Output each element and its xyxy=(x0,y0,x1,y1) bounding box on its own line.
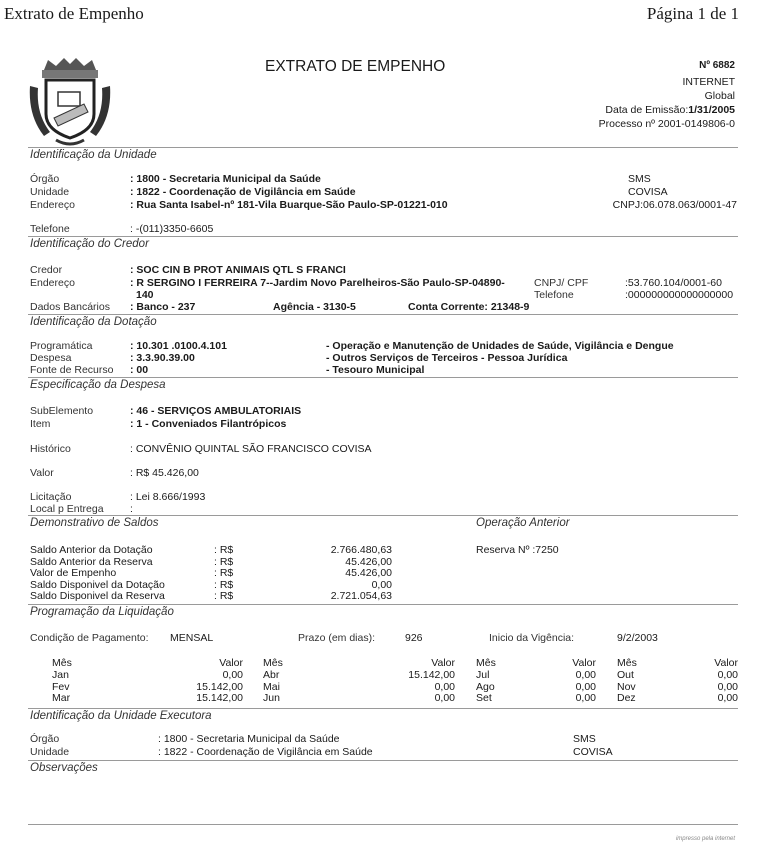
valor-header: Valor xyxy=(153,657,243,669)
saldo-value: 45.426,00 xyxy=(300,567,392,579)
month-name: Fev xyxy=(52,681,70,693)
month-value: 0,00 xyxy=(648,669,738,681)
inicio-label: Inicio da Vigência: xyxy=(489,632,574,644)
section-executora: Identificação da Unidade Executora xyxy=(30,710,212,722)
process-number: Processo nº 2001-0149806-0 xyxy=(599,118,735,130)
emission-date-label: Data de Emissão: xyxy=(605,104,688,116)
valor-header: Valor xyxy=(648,657,738,669)
valor-header: Valor xyxy=(506,657,596,669)
footer-note: impresso pela internet xyxy=(676,836,735,842)
condicao-value: MENSAL xyxy=(170,632,213,644)
saldo-label: Saldo Anterior da Reserva xyxy=(30,556,153,568)
saldo-value: 2.766.480,63 xyxy=(300,544,392,556)
saldo-label: Saldo Disponivel da Reserva xyxy=(30,590,165,602)
historico-value: : CONVÊNIO QUINTAL SÃO FRANCISCO COVISA xyxy=(130,443,372,455)
saldo-label: Saldo Disponivel da Dotação xyxy=(30,579,165,591)
credor-value: : SOC CIN B PROT ANIMAIS QTL S FRANCI xyxy=(130,264,346,276)
saldo-label: Saldo Anterior da Dotação xyxy=(30,544,153,556)
historico-label: Histórico xyxy=(30,443,71,455)
month-name: Nov xyxy=(617,681,636,693)
month-name: Set xyxy=(476,692,492,704)
local-entrega-value: : xyxy=(130,503,133,515)
unidade-label: Unidade xyxy=(30,186,69,198)
month-value: 0,00 xyxy=(153,669,243,681)
inicio-value: 9/2/2003 xyxy=(617,632,658,644)
divider xyxy=(28,314,738,315)
orgao-value: : 1800 - Secretaria Municipal da Saúde xyxy=(130,173,321,185)
month-name: Abr xyxy=(263,669,279,681)
credor-endereco-l1: : R SERGINO I FERREIRA 7--Jardim Novo Pa… xyxy=(130,277,505,289)
month-name: Jul xyxy=(476,669,489,681)
valor-header: Valor xyxy=(365,657,455,669)
saldo-currency: : R$ xyxy=(214,544,233,556)
type: Global xyxy=(705,90,735,102)
channel: INTERNET xyxy=(683,76,736,88)
month-name: Out xyxy=(617,669,634,681)
credor-label: Credor xyxy=(30,264,62,276)
mes-header: Mês xyxy=(52,657,72,669)
divider xyxy=(28,147,738,148)
section-dotacao: Identificação da Dotação xyxy=(30,316,157,328)
section-despesa: Especificação da Despesa xyxy=(30,379,166,391)
dotacao-desc: - Outros Serviços de Terceiros - Pessoa … xyxy=(326,352,567,364)
document-number: Nº 6882 xyxy=(699,60,735,71)
page-number: Página 1 de 1 xyxy=(647,4,739,24)
saldo-value: 2.721.054,63 xyxy=(300,590,392,602)
orgao-label: Órgão xyxy=(30,173,59,185)
month-value: 15.142,00 xyxy=(153,692,243,704)
dotacao-code: : 00 xyxy=(130,364,148,376)
dotacao-code: : 3.3.90.39.00 xyxy=(130,352,195,364)
section-credor: Identificação do Credor xyxy=(30,238,149,250)
dotacao-desc: - Tesouro Municipal xyxy=(326,364,424,376)
exec-orgao-label: Órgão xyxy=(30,733,59,745)
emission-date-value: 1/31/2005 xyxy=(688,104,735,116)
divider xyxy=(28,824,738,825)
saldo-currency: : R$ xyxy=(214,556,233,568)
exec-orgao-sigla: SMS xyxy=(573,733,596,745)
divider xyxy=(28,236,738,237)
saldo-currency: : R$ xyxy=(214,579,233,591)
credor-telefone-label: Telefone xyxy=(534,289,574,301)
divider xyxy=(28,515,738,516)
month-name: Mar xyxy=(52,692,70,704)
month-name: Jun xyxy=(263,692,280,704)
dotacao-label: Fonte de Recurso xyxy=(30,364,113,376)
unidade-value: : 1822 - Coordenação de Vigilância em Sa… xyxy=(130,186,356,198)
licitacao-label: Licitação xyxy=(30,491,71,503)
dotacao-label: Despesa xyxy=(30,352,71,364)
section-saldos: Demonstrativo de Saldos xyxy=(30,517,158,529)
month-value: 0,00 xyxy=(648,692,738,704)
section-unidade: Identificação da Unidade xyxy=(30,149,157,161)
emission-date: Data de Emissão:1/31/2005 xyxy=(605,104,735,116)
dotacao-code: : 10.301 .0100.4.101 xyxy=(130,340,227,352)
saldo-currency: : R$ xyxy=(214,567,233,579)
exec-orgao-value: : 1800 - Secretaria Municipal da Saúde xyxy=(158,733,340,745)
credor-endereco-label: Endereço xyxy=(30,277,75,289)
reserva-number: Reserva Nº :7250 xyxy=(476,544,559,556)
dotacao-desc: - Operação e Manutenção de Unidades de S… xyxy=(326,340,674,352)
mes-header: Mês xyxy=(476,657,496,669)
section-liquidacao: Programação da Liquidação xyxy=(30,606,174,618)
saldo-label: Valor de Empenho xyxy=(30,567,116,579)
exec-unidade-value: : 1822 - Coordenação de Vigilância em Sa… xyxy=(158,746,373,758)
prazo-value: 926 xyxy=(405,632,423,644)
endereco-label: Endereço xyxy=(30,199,75,211)
month-name: Dez xyxy=(617,692,636,704)
saldo-value: 0,00 xyxy=(300,579,392,591)
divider xyxy=(28,760,738,761)
credor-endereco-l2: 140 xyxy=(136,289,154,301)
exec-unidade-label: Unidade xyxy=(30,746,69,758)
cnpj-value: CNPJ:06.078.063/0001-47 xyxy=(613,199,737,211)
saldo-value: 45.426,00 xyxy=(300,556,392,568)
month-value: 15.142,00 xyxy=(153,681,243,693)
agencia-value: Agência - 3130-5 xyxy=(273,301,356,313)
banco-value: : Banco - 237 xyxy=(130,301,195,313)
telefone-value: : -(011)3350-6605 xyxy=(130,223,213,235)
section-observacoes: Observações xyxy=(30,762,98,774)
dados-bancarios-label: Dados Bancários xyxy=(30,301,110,313)
coat-of-arms-logo xyxy=(26,56,114,152)
local-entrega-label: Local p Entrega xyxy=(30,503,104,515)
month-value: 0,00 xyxy=(365,681,455,693)
valor-value: : R$ 45.426,00 xyxy=(130,467,199,479)
item-value: : 1 - Conveniados Filantrópicos xyxy=(130,418,286,430)
cnpj-cpf-value: :53.760.104/0001-60 xyxy=(625,277,722,289)
saldo-currency: : R$ xyxy=(214,590,233,602)
telefone-label: Telefone xyxy=(30,223,70,235)
condicao-label: Condição de Pagamento: xyxy=(30,632,149,644)
cnpj-cpf-label: CNPJ/ CPF xyxy=(534,277,588,289)
section-operacao-anterior: Operação Anterior xyxy=(476,517,570,529)
month-value: 0,00 xyxy=(365,692,455,704)
endereco-value: : Rua Santa Isabel-nº 181-Vila Buarque-S… xyxy=(130,199,448,211)
month-value: 15.142,00 xyxy=(365,669,455,681)
mes-header: Mês xyxy=(617,657,637,669)
divider xyxy=(28,377,738,378)
page-title: Extrato de Empenho xyxy=(4,4,144,24)
subelemento-label: SubElemento xyxy=(30,405,93,417)
conta-value: Conta Corrente: 21348-9 xyxy=(408,301,529,313)
exec-unidade-sigla: COVISA xyxy=(573,746,613,758)
month-name: Mai xyxy=(263,681,280,693)
licitacao-value: : Lei 8.666/1993 xyxy=(130,491,205,503)
item-label: Item xyxy=(30,418,50,430)
unidade-sigla: COVISA xyxy=(628,186,668,198)
mes-header: Mês xyxy=(263,657,283,669)
month-value: 0,00 xyxy=(506,692,596,704)
orgao-sigla: SMS xyxy=(628,173,651,185)
month-value: 0,00 xyxy=(648,681,738,693)
month-name: Ago xyxy=(476,681,495,693)
document-title: EXTRATO DE EMPENHO xyxy=(265,58,445,76)
month-name: Jan xyxy=(52,669,69,681)
valor-label: Valor xyxy=(30,467,54,479)
month-value: 0,00 xyxy=(506,681,596,693)
divider xyxy=(28,708,738,709)
credor-telefone-value: :000000000000000000 xyxy=(625,289,733,301)
month-value: 0,00 xyxy=(506,669,596,681)
dotacao-label: Programática xyxy=(30,340,92,352)
divider xyxy=(28,604,738,605)
prazo-label: Prazo (em dias): xyxy=(298,632,375,644)
subelemento-value: : 46 - SERVIÇOS AMBULATORIAIS xyxy=(130,405,301,417)
